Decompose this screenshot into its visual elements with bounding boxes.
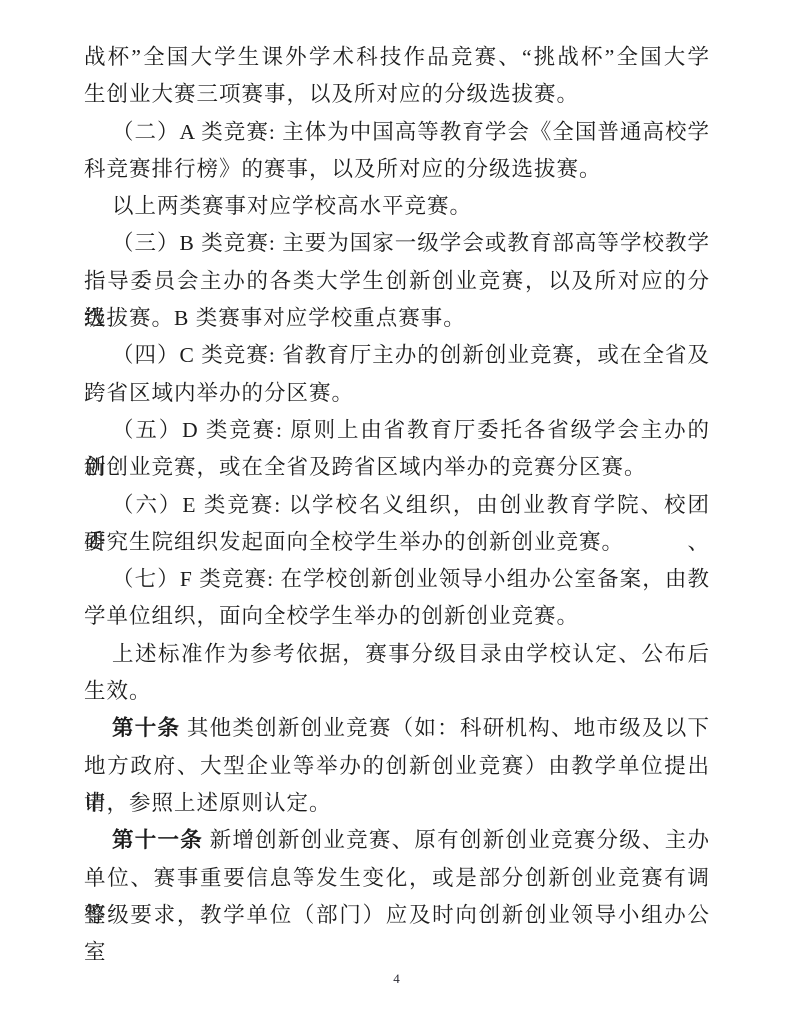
text-line: 研究生院组织发起面向全校学生举办的创新创业竞赛。 — [84, 524, 710, 561]
page-body: 战杯”全国大学生课外学术科技作品竞赛、“挑战杯”全国大学生创业大赛三项赛事，以及… — [84, 39, 710, 934]
text-line: 请，参照上述原则认定。 — [84, 785, 710, 822]
text-line: （五）D 类竞赛: 原则上由省教育厅委托各省级学会主办的创 — [84, 412, 710, 449]
text-line: 科竞赛排行榜》的赛事，以及所对应的分级选拔赛。 — [84, 151, 710, 188]
text-line: （二）A 类竞赛: 主体为中国高等教育学会《全国普通高校学 — [84, 114, 710, 151]
text-line: （三）B 类竞赛: 主要为国家一级学会或教育部高等学校教学 — [84, 225, 710, 262]
text-line: 等级要求，教学单位（部门）应及时向创新创业领导小组办公室 — [84, 897, 710, 934]
article-number: 第十一条 — [112, 828, 203, 852]
text-line: 指导委员会主办的各类大学生创新创业竞赛，以及所对应的分级 — [84, 263, 710, 300]
text-line: 地方政府、大型企业等举办的创新创业竞赛）由教学单位提出申 — [84, 748, 710, 785]
text-line: 第十一条 新增创新创业竞赛、原有创新创业竞赛分级、主办 — [84, 822, 710, 859]
page-number: 4 — [0, 971, 793, 987]
text-line: （六）E 类竞赛: 以学校名义组织，由创业教育学院、校团委、 — [84, 487, 710, 524]
text-line: 第十条 其他类创新创业竞赛（如：科研机构、地市级及以下 — [84, 710, 710, 747]
text-line: 生创业大赛三项赛事，以及所对应的分级选拔赛。 — [84, 76, 710, 113]
text-line: 跨省区域内举办的分区赛。 — [84, 375, 710, 412]
text-line: 生效。 — [84, 673, 710, 710]
text-line: 学单位组织，面向全校学生举办的创新创业竞赛。 — [84, 598, 710, 635]
text-line: 以上两类赛事对应学校高水平竞赛。 — [84, 188, 710, 225]
article-text: 新增创新创业竞赛、原有创新创业竞赛分级、主办 — [203, 828, 710, 852]
text-line: 单位、赛事重要信息等发生变化，或是部分创新创业竞赛有调整 — [84, 860, 710, 897]
text-line: （四）C 类竞赛: 省教育厅主办的创新创业竞赛，或在全省及 — [84, 337, 710, 374]
text-line: （七）F 类竞赛: 在学校创新创业领导小组办公室备案，由教 — [84, 561, 710, 598]
document-page: 战杯”全国大学生课外学术科技作品竞赛、“挑战杯”全国大学生创业大赛三项赛事，以及… — [0, 0, 793, 1015]
text-line: 选拔赛。B 类赛事对应学校重点赛事。 — [84, 300, 710, 337]
article-number: 第十条 — [112, 716, 180, 740]
text-line: 新创业竞赛，或在全省及跨省区域内举办的竞赛分区赛。 — [84, 449, 710, 486]
article-text: 其他类创新创业竞赛（如：科研机构、地市级及以下 — [180, 716, 710, 740]
text-line: 上述标准作为参考依据，赛事分级目录由学校认定、公布后 — [84, 636, 710, 673]
text-line: 战杯”全国大学生课外学术科技作品竞赛、“挑战杯”全国大学 — [84, 39, 710, 76]
